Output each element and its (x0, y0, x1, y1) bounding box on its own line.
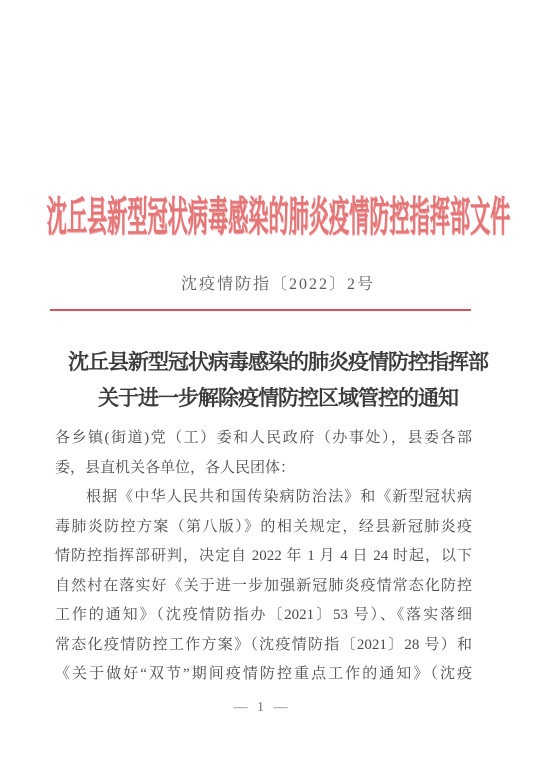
document-number: 沈疫情防指〔2022〕2号 (0, 271, 556, 294)
notice-title-line-2: 关于进一步解除疫情防控区域管控的通知 (0, 380, 556, 416)
notice-title: 沈丘县新型冠状病毒感染的肺炎疫情防控指挥部 关于进一步解除疫情防控区域管控的通知 (0, 344, 556, 416)
body-line: 《关于做好“双节”期间疫情防控重点工作的通知》（沈疫 (55, 660, 472, 690)
page-number: — 1 — (0, 700, 524, 716)
notice-body: 各乡镇(街道)党（工）委和人民政府（办事处），县委各部 委，县直机关各单位，各人… (55, 424, 472, 690)
red-divider-line (50, 309, 471, 311)
body-line: 毒肺炎防控方案（第八版）》的相关规定，经县新冠肺炎疫 (55, 513, 472, 543)
body-line: 委，县直机关各单位，各人民团体： (55, 454, 472, 484)
body-line: 情防控指挥部研判，决定自 2022 年 1 月 4 日 24 时起，以下 (55, 542, 472, 572)
body-line: 工作的通知》（沈疫情防指办〔2021〕53 号）、《落实落细 (55, 601, 472, 631)
body-line: 各乡镇(街道)党（工）委和人民政府（办事处），县委各部 (55, 424, 472, 454)
body-line: 常态化疫情防控工作方案》（沈疫情防指〔2021〕28 号）和 (55, 631, 472, 661)
notice-title-line-1: 沈丘县新型冠状病毒感染的肺炎疫情防控指挥部 (0, 344, 556, 380)
body-line: 自然村在落实好《关于进一步加强新冠肺炎疫情常态化防控 (55, 572, 472, 602)
letterhead-title: 沈丘县新型冠状病毒感染的肺炎疫情防控指挥部文件 (46, 186, 510, 248)
body-line: 根据《中华人民共和国传染病防治法》和《新型冠状病 (55, 483, 472, 513)
letterhead-banner: 沈丘县新型冠状病毒感染的肺炎疫情防控指挥部文件 (0, 201, 556, 236)
document-page: 沈丘县新型冠状病毒感染的肺炎疫情防控指挥部文件 沈疫情防指〔2022〕2号 沈丘… (0, 0, 556, 774)
